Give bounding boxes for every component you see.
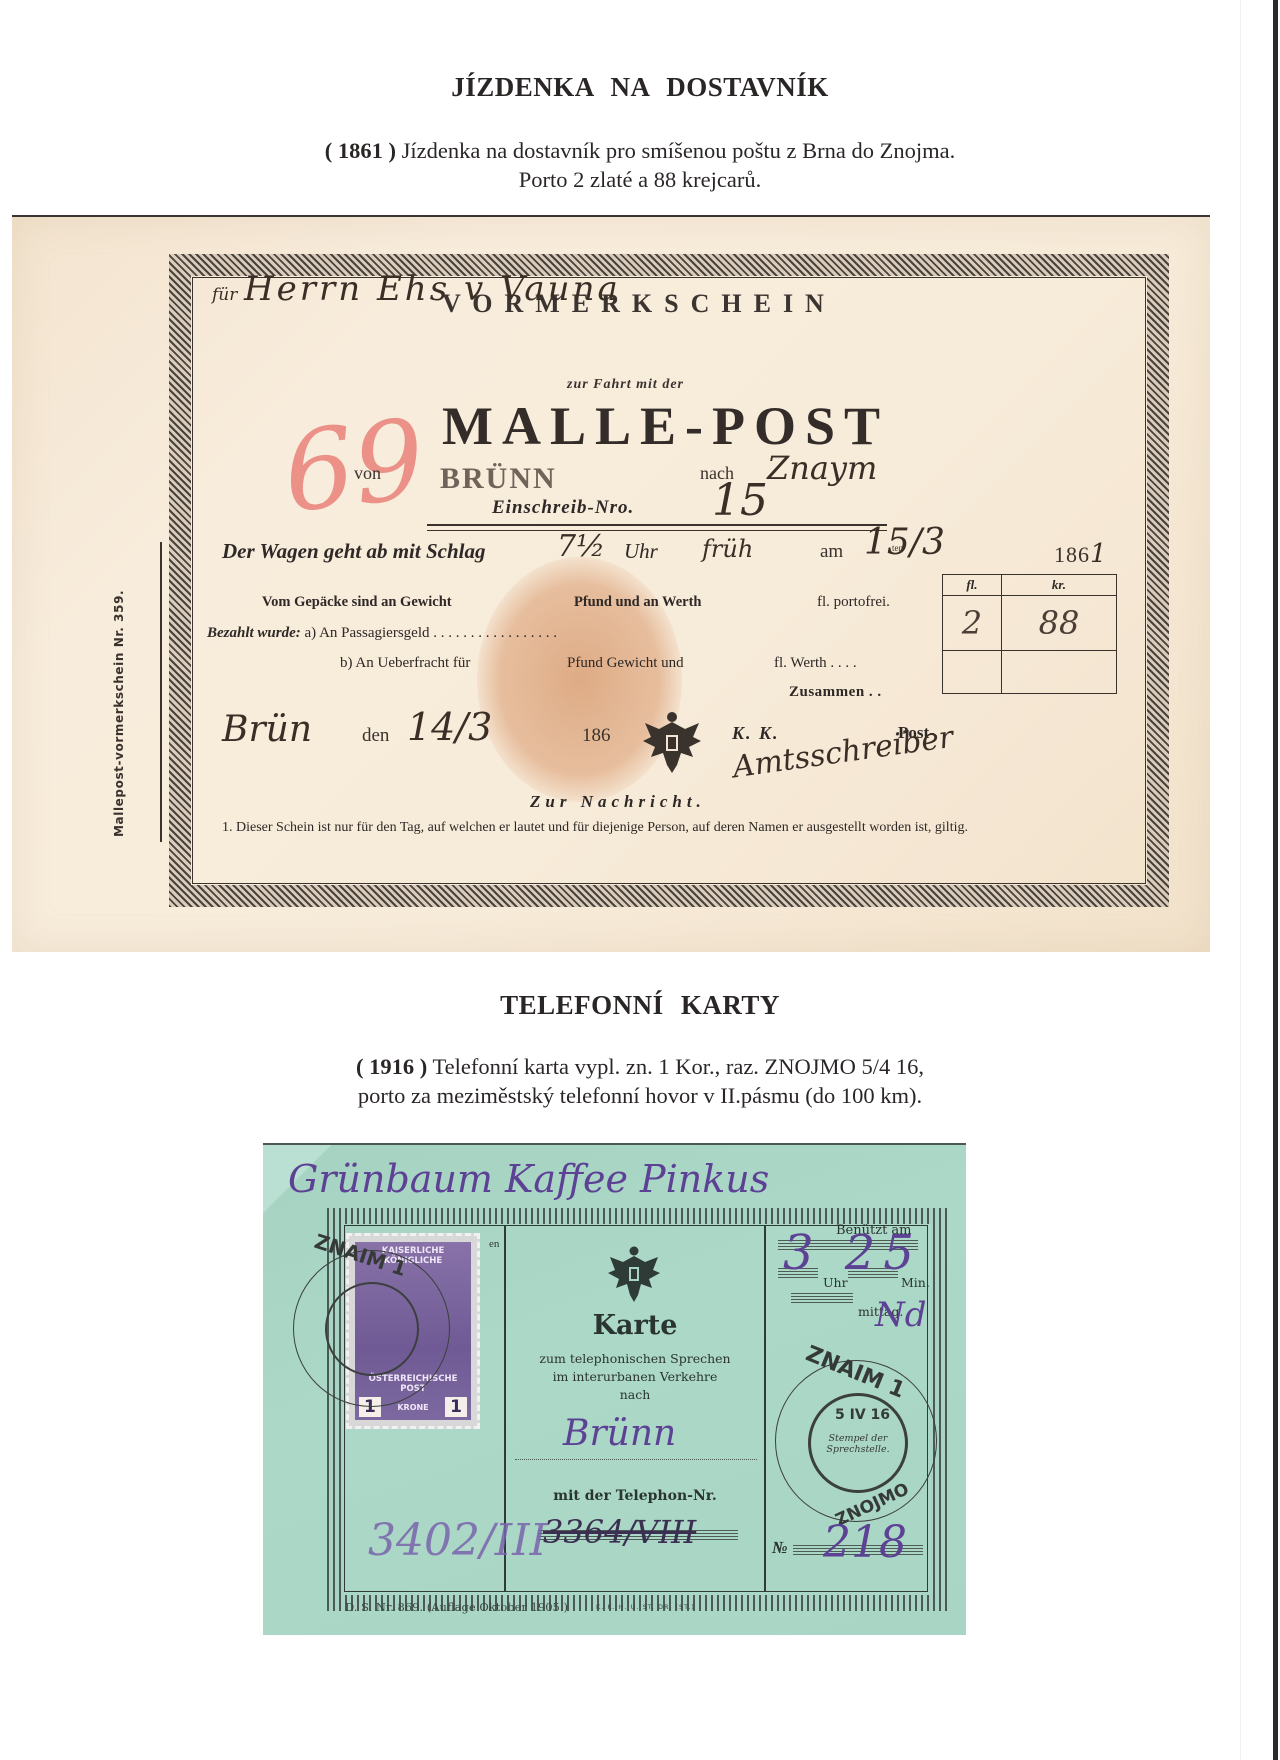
caption-year-2: ( 1916 ) xyxy=(356,1054,427,1079)
kk-label: K. K. xyxy=(732,723,780,744)
stamp-value-right: 1 xyxy=(445,1397,467,1417)
baggage-line: Vom Gepäcke sind an Gewicht xyxy=(262,594,452,611)
section-heading-ticket: JÍZDENKA NA DOSTAVNÍK xyxy=(0,72,1280,103)
scan-edge-light xyxy=(1240,0,1241,1760)
card-title: Karte xyxy=(505,1310,765,1341)
stamp-unit: KRONE xyxy=(397,1403,428,1412)
post-label: Post- xyxy=(898,723,935,743)
number-ruled-lines xyxy=(793,1545,923,1557)
ticket-subtitle: zur Fahrt mit der xyxy=(567,377,684,393)
double-eagle-icon xyxy=(637,707,707,777)
caption-line2-2: porto za meziměstský telefonní hovor v I… xyxy=(0,1081,1280,1110)
ticket-main-title: MALLE-POST xyxy=(442,395,889,457)
subtitle-line1: zum telephonischen Sprechen xyxy=(505,1350,765,1368)
hour-ruled-lines xyxy=(778,1268,818,1280)
zusammen-label: Zusammen . . xyxy=(789,684,882,701)
pfund-werth-label: Pfund und an Werth xyxy=(574,594,701,611)
issue-year: 186 xyxy=(582,725,611,747)
en-fragment: en xyxy=(489,1238,499,1250)
card-divider-left xyxy=(504,1225,506,1592)
notice-text: 1. Dieser Schein ist nur für den Tag, au… xyxy=(222,819,1142,837)
section-caption-card: ( 1916 ) Telefonní karta vypl. zn. 1 Kor… xyxy=(0,1052,1280,1110)
card-subtitle: zum telephonischen Sprechen im interurba… xyxy=(505,1350,765,1404)
card-divider-right xyxy=(764,1225,766,1592)
mittag-label: mittag. xyxy=(858,1304,903,1319)
subtitle-line2: im interurbanen Verkehre xyxy=(505,1368,765,1386)
vormerkschein-ticket: Mallepost-vormerkschein Nr. 359. VORMERK… xyxy=(12,215,1210,952)
fee-empty-kr xyxy=(1001,651,1116,694)
printer-mark: K. K. H. U. ST. DR. (ST.) xyxy=(596,1603,695,1611)
nach-label: nach xyxy=(700,463,734,484)
am-label: am xyxy=(820,541,843,563)
portofrei-label: fl. portofrei. xyxy=(817,594,890,611)
caption-line1-2: Telefonní karta vypl. zn. 1 Kor., raz. Z… xyxy=(427,1054,924,1079)
einschreib-label: Einschreib-Nro. xyxy=(492,497,634,519)
section-caption-ticket: ( 1861 ) Jízdenka na dostavník pro smíše… xyxy=(0,136,1280,194)
dotted-rule xyxy=(515,1459,757,1460)
von-label: von xyxy=(354,463,381,484)
telephone-label: mit der Telephon-Nr. xyxy=(505,1488,765,1504)
fee-table: fl. kr. 2 88 xyxy=(942,574,1117,694)
double-eagle-icon xyxy=(603,1243,665,1305)
paid-label: Bezahlt wurde: xyxy=(207,625,301,641)
used-label: Benützt am xyxy=(836,1223,912,1238)
ten-suffix: ten xyxy=(892,543,903,553)
corner-fold xyxy=(263,1145,333,1225)
paid-line-a: Bezahlt wurde: a) An Passagiersgeld . . … xyxy=(207,625,557,642)
uhr-label: Uhr xyxy=(624,539,658,564)
paid-a-text: a) An Passagiersgeld . . . . . . . . . .… xyxy=(305,625,557,641)
side-rule xyxy=(160,542,162,842)
fee-empty-fl xyxy=(943,651,1002,694)
number-label: № xyxy=(772,1538,788,1558)
departure-label: Der Wagen geht ab mit Schlag xyxy=(222,539,486,564)
form-number-label: Mallepost-vormerkschein Nr. 359. xyxy=(112,537,134,837)
min-label: Min. xyxy=(901,1275,930,1290)
fee-value-fl: 2 xyxy=(943,596,1002,651)
uhr-label-card: Uhr xyxy=(823,1275,848,1290)
scan-edge-shadow xyxy=(1273,0,1278,1760)
caption-line2: Porto 2 zlaté a 88 krejcarů. xyxy=(0,165,1280,194)
fee-value-kr: 88 xyxy=(1001,596,1116,651)
year-prefix: 186 xyxy=(1054,542,1090,567)
origin-stamp: BRÜNN xyxy=(440,462,557,496)
year-handwritten: 1 xyxy=(1090,539,1108,569)
date-ruled-lines xyxy=(778,1240,918,1252)
den-label: den xyxy=(362,725,389,747)
fl-werth-label: fl. Werth . . . . xyxy=(774,655,857,672)
card-footer: D. S. Nr. 869. (Auflage Oktober 1905.) xyxy=(345,1600,568,1614)
year-printed: 1861 xyxy=(1054,539,1108,569)
paid-line-b: b) An Ueberfracht für xyxy=(340,655,470,672)
postmark-date: 5 IV 16 xyxy=(835,1407,890,1423)
telephone-card: Grünbaum Kaffee Pinkus en KAISERLICHE KÖ… xyxy=(263,1143,966,1635)
double-rule xyxy=(427,524,887,531)
postmark-left-inner xyxy=(325,1282,419,1376)
fee-header-fl: fl. xyxy=(943,575,1002,596)
notice-heading: Zur Nachricht. xyxy=(530,792,706,812)
postmark-center-text: Stempel der Sprechstelle. xyxy=(818,1433,898,1455)
ticket-title: VORMERKSCHEIN xyxy=(442,289,836,319)
caption-line1: Jízdenka na dostavník pro smíšenou poštu… xyxy=(396,138,955,163)
phone-ruled-lines xyxy=(538,1530,738,1542)
min-ruled-lines xyxy=(848,1268,898,1280)
handwritten-header: Grünbaum Kaffee Pinkus xyxy=(288,1157,769,1201)
subtitle-line3: nach xyxy=(505,1386,765,1404)
fee-header-kr: kr. xyxy=(1001,575,1116,596)
caption-year: ( 1861 ) xyxy=(325,138,396,163)
pfund-gewicht-label: Pfund Gewicht und xyxy=(567,655,684,672)
section-heading-card: TELEFONNÍ KARTY xyxy=(0,990,1280,1021)
mittag-ruled-lines xyxy=(791,1293,853,1305)
